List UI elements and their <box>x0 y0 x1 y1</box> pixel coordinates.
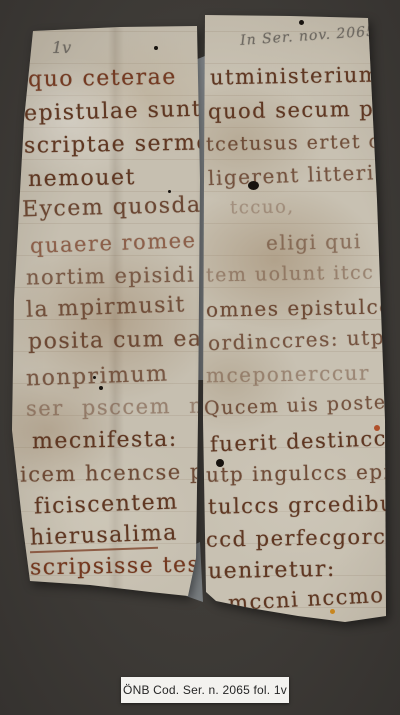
manuscript-line: tccuo, <box>230 198 295 217</box>
shelfmark-label-text: ÖNB Cod. Ser. n. 2065 fol. 1v <box>123 683 287 697</box>
manuscript-line: mccni nccmo <box>228 585 385 614</box>
shelfmark-inscription: In Ser. nov. 2065. <box>240 23 382 49</box>
manuscript-line: fuerit destinccta <box>210 428 400 456</box>
manuscript-line: ccd perfecgorcc <box>206 526 400 550</box>
manuscript-line: omnes epistulccs <box>206 296 400 319</box>
right-leaf-shadow: In Ser. nov. 2065. utministerium quod se… <box>0 0 400 715</box>
manuscript-line: ueniretur: <box>208 559 336 583</box>
manuscript-line: tem uolunt itcc <box>206 264 375 286</box>
manuscript-line: utministerium <box>210 65 381 89</box>
manuscript-line: eligi qui <box>266 231 362 253</box>
manuscript-photo: 1v quo ceterae epistulae sunt scriptae s… <box>0 0 400 715</box>
wormhole <box>299 20 304 25</box>
wormhole <box>248 181 259 190</box>
shelfmark-label: ÖNB Cod. Ser. n. 2065 fol. 1v <box>121 677 289 703</box>
manuscript-line: ordinccres: utp <box>208 327 386 353</box>
manuscript-line: quod secum por <box>208 98 400 122</box>
manuscript-line: utp ingulccs epis <box>206 461 400 484</box>
manuscript-line: tulccs grcedibus <box>208 493 400 517</box>
yellow-stain <box>330 609 335 614</box>
manuscript-line: Qucem uis posterio <box>204 392 400 418</box>
right-parchment-strip: In Ser. nov. 2065. utministerium quod se… <box>0 0 400 715</box>
manuscript-line: tcetusus ertet co <box>206 132 394 154</box>
red-ink-stain <box>374 425 380 431</box>
wormhole <box>216 459 224 467</box>
manuscript-line: ligerent litteris <box>208 162 387 188</box>
manuscript-line: mceponerccur <box>206 363 370 386</box>
